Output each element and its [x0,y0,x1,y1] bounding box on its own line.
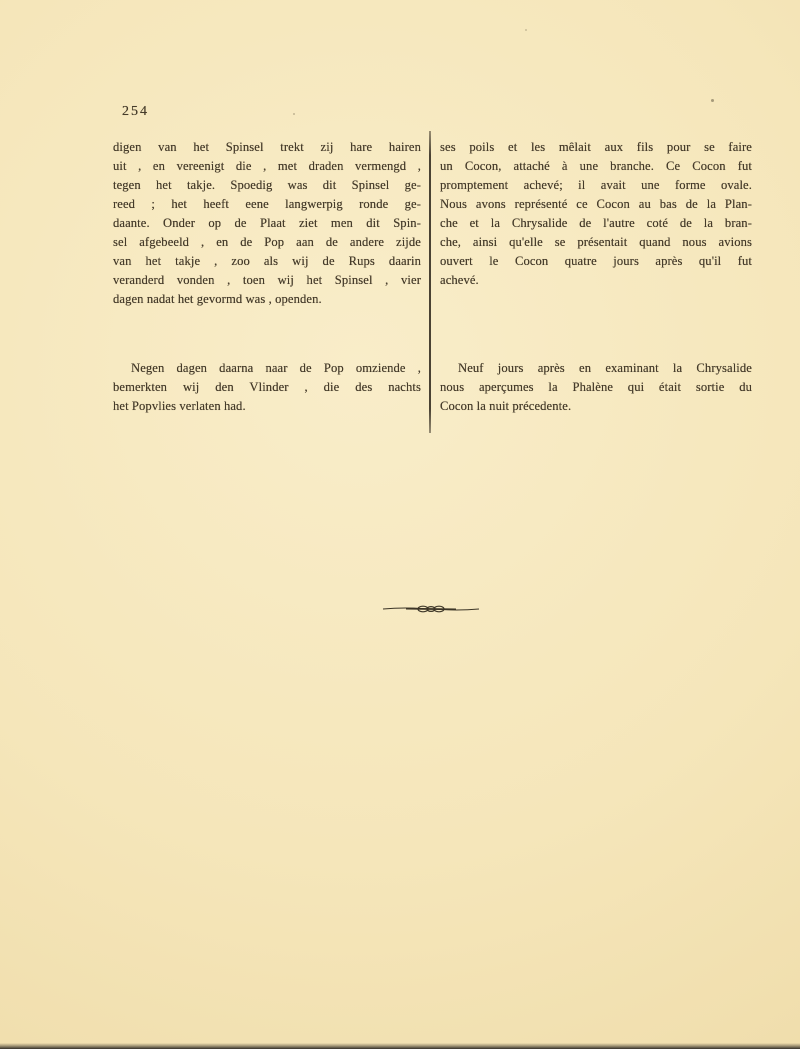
right-column-paragraph-1: ses poils et les mêlait aux fils pour se… [440,138,752,290]
right-column-paragraph-2: Neuf jours après en examinant la Chrysal… [440,359,752,416]
paper-speck [525,29,527,31]
paper-speck [711,99,714,102]
fleuron-divider-icon [382,601,480,617]
page-bottom-edge-shadow [0,1043,800,1049]
page-number: 254 [122,104,149,120]
column-divider-rule [429,131,431,433]
paper-speck [293,113,295,115]
left-column-paragraph-1: digen van het Spinsel trekt zij hare hai… [113,138,421,309]
left-column-paragraph-2: Negen dagen daarna naar de Pop omziende … [113,359,421,416]
scanned-book-page: 254 digen van het Spinsel trekt zij hare… [0,0,800,1049]
